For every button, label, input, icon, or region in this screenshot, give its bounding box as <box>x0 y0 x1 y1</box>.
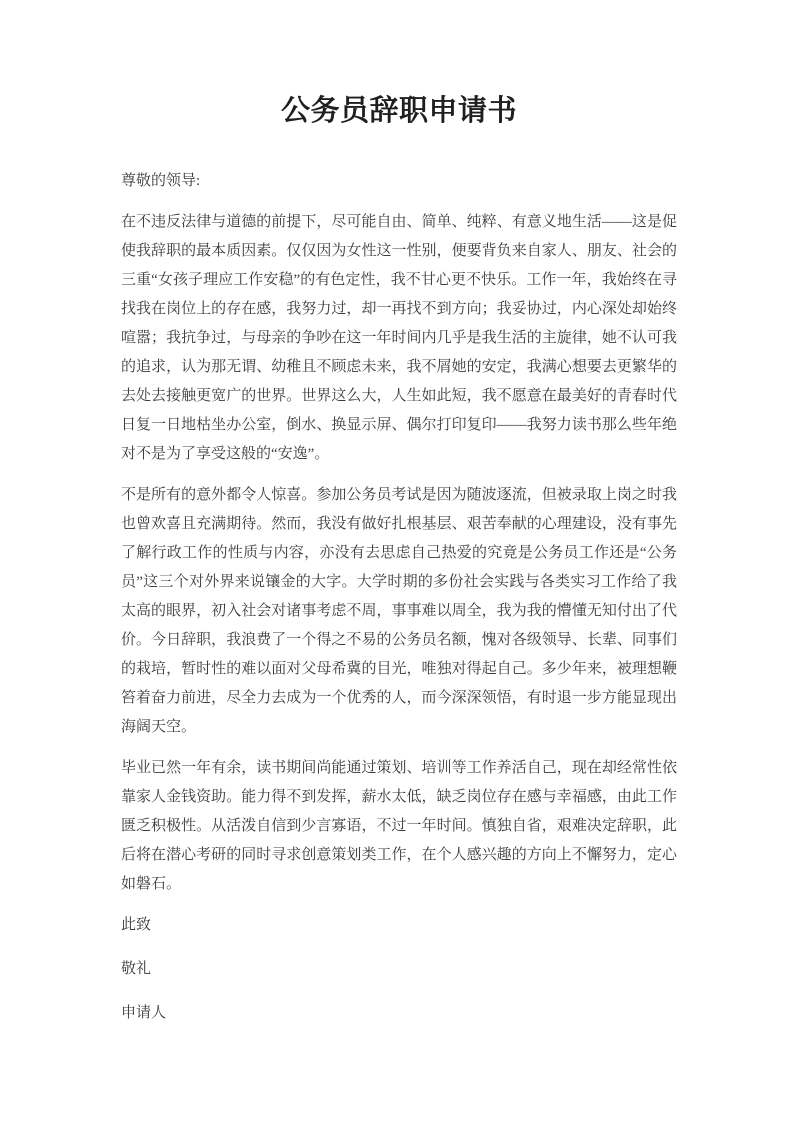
salutation-line: 尊敬的领导: <box>121 167 677 196</box>
closing-jingli: 敬礼 <box>121 955 677 984</box>
paragraph-reasons: 在不违反法律与道德的前提下，尽可能自由、简单、纯粹、有意义地生活——这是促使我辞… <box>121 208 677 469</box>
paragraph-future-plan: 毕业已然一年有余，读书期间尚能通过策划、培训等工作养活自己，现在却经常性依靠家人… <box>121 754 677 899</box>
document-title: 公务员辞职申请书 <box>121 96 677 126</box>
paragraph-reflection: 不是所有的意外都令人惊喜。参加公务员考试是因为随波逐流，但被录取上岗之时我也曾欢… <box>121 481 677 742</box>
resignation-letter-page: 公务员辞职申请书 尊敬的领导: 在不违反法律与道德的前提下，尽可能自由、简单、纯… <box>0 0 793 1122</box>
closing-applicant: 申请人 <box>121 999 677 1028</box>
closing-cizhi: 此致 <box>121 911 677 940</box>
